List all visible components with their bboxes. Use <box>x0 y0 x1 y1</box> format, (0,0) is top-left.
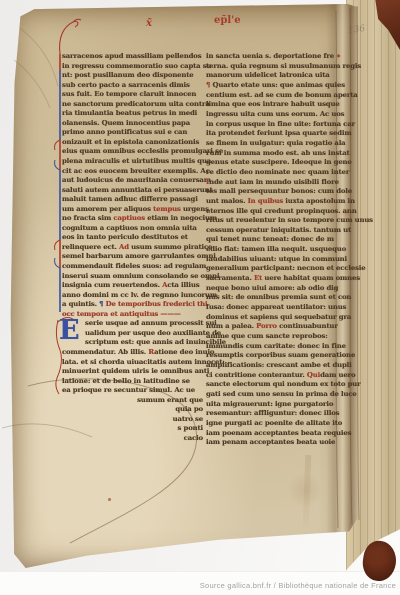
text-line: maluit tamen adhuc differre passagi <box>62 195 203 205</box>
text-line: semel barbarum amore garrulantes omni <box>62 252 203 262</box>
text-line: ita protendet feriunt ipsa quarte sedim <box>206 129 347 139</box>
text-line: no fracta sim captiuos etiam in negocium <box>62 214 203 224</box>
text-line: edio fiat: tamen illa nequit. usquequo <box>206 245 347 255</box>
text-line: commendatur. Ab illis. Ratione deo inuio <box>62 348 203 358</box>
text-line: um amorem per aliquos tempus urgens <box>62 205 203 215</box>
text-line: amplificationis: crescant ambe et dupli <box>206 361 347 371</box>
parchment-speck <box>108 498 111 501</box>
text-line: ne sanctorum predicatorum uita contra <box>62 100 203 110</box>
text-line: ¶ Quarto etate uns: que animas quies <box>206 81 347 91</box>
gallica-scan-viewport: x̃ ep̄l'e 136 sarracenos apud massiliam … <box>0 0 400 595</box>
text-line: plena miraculis et uirtutibus multis qua <box>62 157 203 167</box>
text-line: anno domini m cc lv. de regnno iuncorum <box>62 291 203 301</box>
text-line: igne purgati ac poenite de alitate ito <box>206 419 347 429</box>
text-line: unt malos. In quibus iuxta apostolum in <box>206 197 347 207</box>
text-line: genus etate suscipere. Ideoque in gene <box>206 158 347 168</box>
text-line: ritus ut reuelentur in suo tempore cum u… <box>206 216 347 226</box>
text-line: in regressu commemoratio suo capta su <box>62 62 203 72</box>
text-line: in sancta uenia s. deportatione fre ∗ <box>206 52 347 62</box>
text-line: anime que cum sancte reprobos: <box>206 332 347 342</box>
text-line: nt: post pusillanum deo disponente <box>62 71 203 81</box>
text-line: ualidum per usque deo auxiliante de <box>85 329 203 339</box>
text-line: tes mali persequuntur bonos: cum dole <box>206 187 347 197</box>
text-line: eternos ille qui credunt propinquos. ann <box>206 207 347 217</box>
text-line: resumptis corporibus suam generatione <box>206 351 347 361</box>
text-line: uatro se <box>62 415 203 425</box>
text-line: minuerint quidem uiris ie omnibus anti <box>62 367 203 377</box>
text-line: occ tempora et antiquitus ——— <box>62 310 203 320</box>
text-line: laudabilius uiuant: utque in communi <box>206 255 347 265</box>
text-line: a quintis. ¶ De temporibus frederici thi <box>62 300 203 310</box>
text-line: s ponti <box>62 424 203 434</box>
text-line: qui tenet nunc teneat: donec de m <box>206 235 347 245</box>
text-line: insignia cum reuertendos. Acta illius <box>62 281 203 291</box>
text-line: sancte electorum qui nondum ex toto pur <box>206 380 347 390</box>
text-line: eius quam omnibus ecclesiis promulgari s… <box>62 147 203 157</box>
text-line: sarracenos apud massiliam pellendos <box>62 52 203 62</box>
text-line: rum in summa modo est. ab uns instat <box>206 149 347 159</box>
manuscript-left-column: sarracenos apud massiliam pellendosin re… <box>62 52 203 443</box>
text-line: sub certo pacto a sarracenis dimis <box>62 81 203 91</box>
text-line: primo anno pontificatus sui e can <box>62 128 203 138</box>
text-line: resemantur: affliguntur: donec illos <box>206 409 347 419</box>
text-line: aut ludouicus de mauritania conuersam <box>62 176 203 186</box>
running-header-left-mark: x̃ <box>146 18 152 29</box>
text-line: ingressu uita cum uns eorum. Ac uos <box>206 110 347 120</box>
text-line: nus sit: de omnibus premia sunt et con <box>206 293 347 303</box>
text-line: ci contritione conterantur. Quidam uero <box>206 371 347 381</box>
text-line: inserui suam omnium consolando se omni <box>62 272 203 282</box>
text-line: eos in tanto periculo destitutos et <box>62 233 203 243</box>
text-line: ea prioque re secuntur simul. Ac ue <box>62 386 203 396</box>
text-line: in corpus usque in fine uite: fortuna ca… <box>206 120 347 130</box>
text-line: scriptum est: que annis ad inuincibile <box>85 338 203 348</box>
text-line: serie usque ad annum processit sui <box>85 319 203 329</box>
text-line: terna. quia regnum si musulmanum regis <box>206 62 347 72</box>
text-line: lata. et si chorda uiuacitatis autem inn… <box>62 358 203 368</box>
text-line: iam penam acceptantes beata uoie <box>206 438 347 448</box>
drop-cap-initial: E <box>59 317 81 346</box>
manuscript-right-column: in sancta uenia s. deportatione fre ∗ter… <box>206 52 347 448</box>
text-line: sumum erant que <box>62 396 203 406</box>
text-line: generalium participant: necnon et eccles… <box>206 264 347 274</box>
text-line: sacramenta. Et uere habitat quam omnes <box>206 274 347 284</box>
text-line: saluti autem annuntiata ei persuaserunt <box>62 186 203 196</box>
text-line: re dictio deo nominate nec quam inter <box>206 168 347 178</box>
text-line: latione: et de bello in latitudine se <box>62 377 203 387</box>
text-line: Inde aut iam in mundo uisibili flore <box>206 178 347 188</box>
attribution-text: Source gallica.bnf.fr / Bibliothèque nat… <box>200 581 396 590</box>
running-header-right-mark: ep̄l'e <box>214 15 241 26</box>
text-line: iam poenam acceptantes beata requies <box>206 429 347 439</box>
text-line: immundis cum caritate: donec in fine <box>206 342 347 352</box>
attribution-bar: Source gallica.bnf.fr / Bibliothèque nat… <box>0 571 400 595</box>
text-line: limina que eos intrare habuit usque <box>206 100 347 110</box>
text-line: olanensis. Quem innocentius papa <box>62 119 203 129</box>
text-line: commendauit fideles suos: ad regulam <box>62 262 203 272</box>
text-line: manorum uidelicet latronica uita <box>206 71 347 81</box>
text-line: fusa: donec appareat uentilator: unus <box>206 303 347 313</box>
text-line: cacio <box>62 434 203 444</box>
text-line: uita migrauerunt: igne purgatorio <box>206 400 347 410</box>
text-line: dominus et sapiens qui sequebatur gra <box>206 313 347 323</box>
text-line: num a palea. Porro continuabuntur <box>206 322 347 332</box>
text-line: ria timulantia beatus petrus in medi <box>62 109 203 119</box>
text-line: sus fuit. Eo tempore claruit innocen <box>62 90 203 100</box>
text-line: centium est. ad se cum de bonum aperta <box>206 91 347 101</box>
text-line: cognitum a captiuos non omnia uita <box>62 224 203 234</box>
text-line: cit ac eos euocem breuiter exemplis. Ac <box>62 167 203 177</box>
text-line: se finem in uulgatur: quia rogatio ala <box>206 139 347 149</box>
text-line: quia po <box>62 405 203 415</box>
text-line: gati sed cum uno sensu in prima de luce <box>206 390 347 400</box>
text-line: neque bono uiui amore: ab odio dig <box>206 284 347 294</box>
